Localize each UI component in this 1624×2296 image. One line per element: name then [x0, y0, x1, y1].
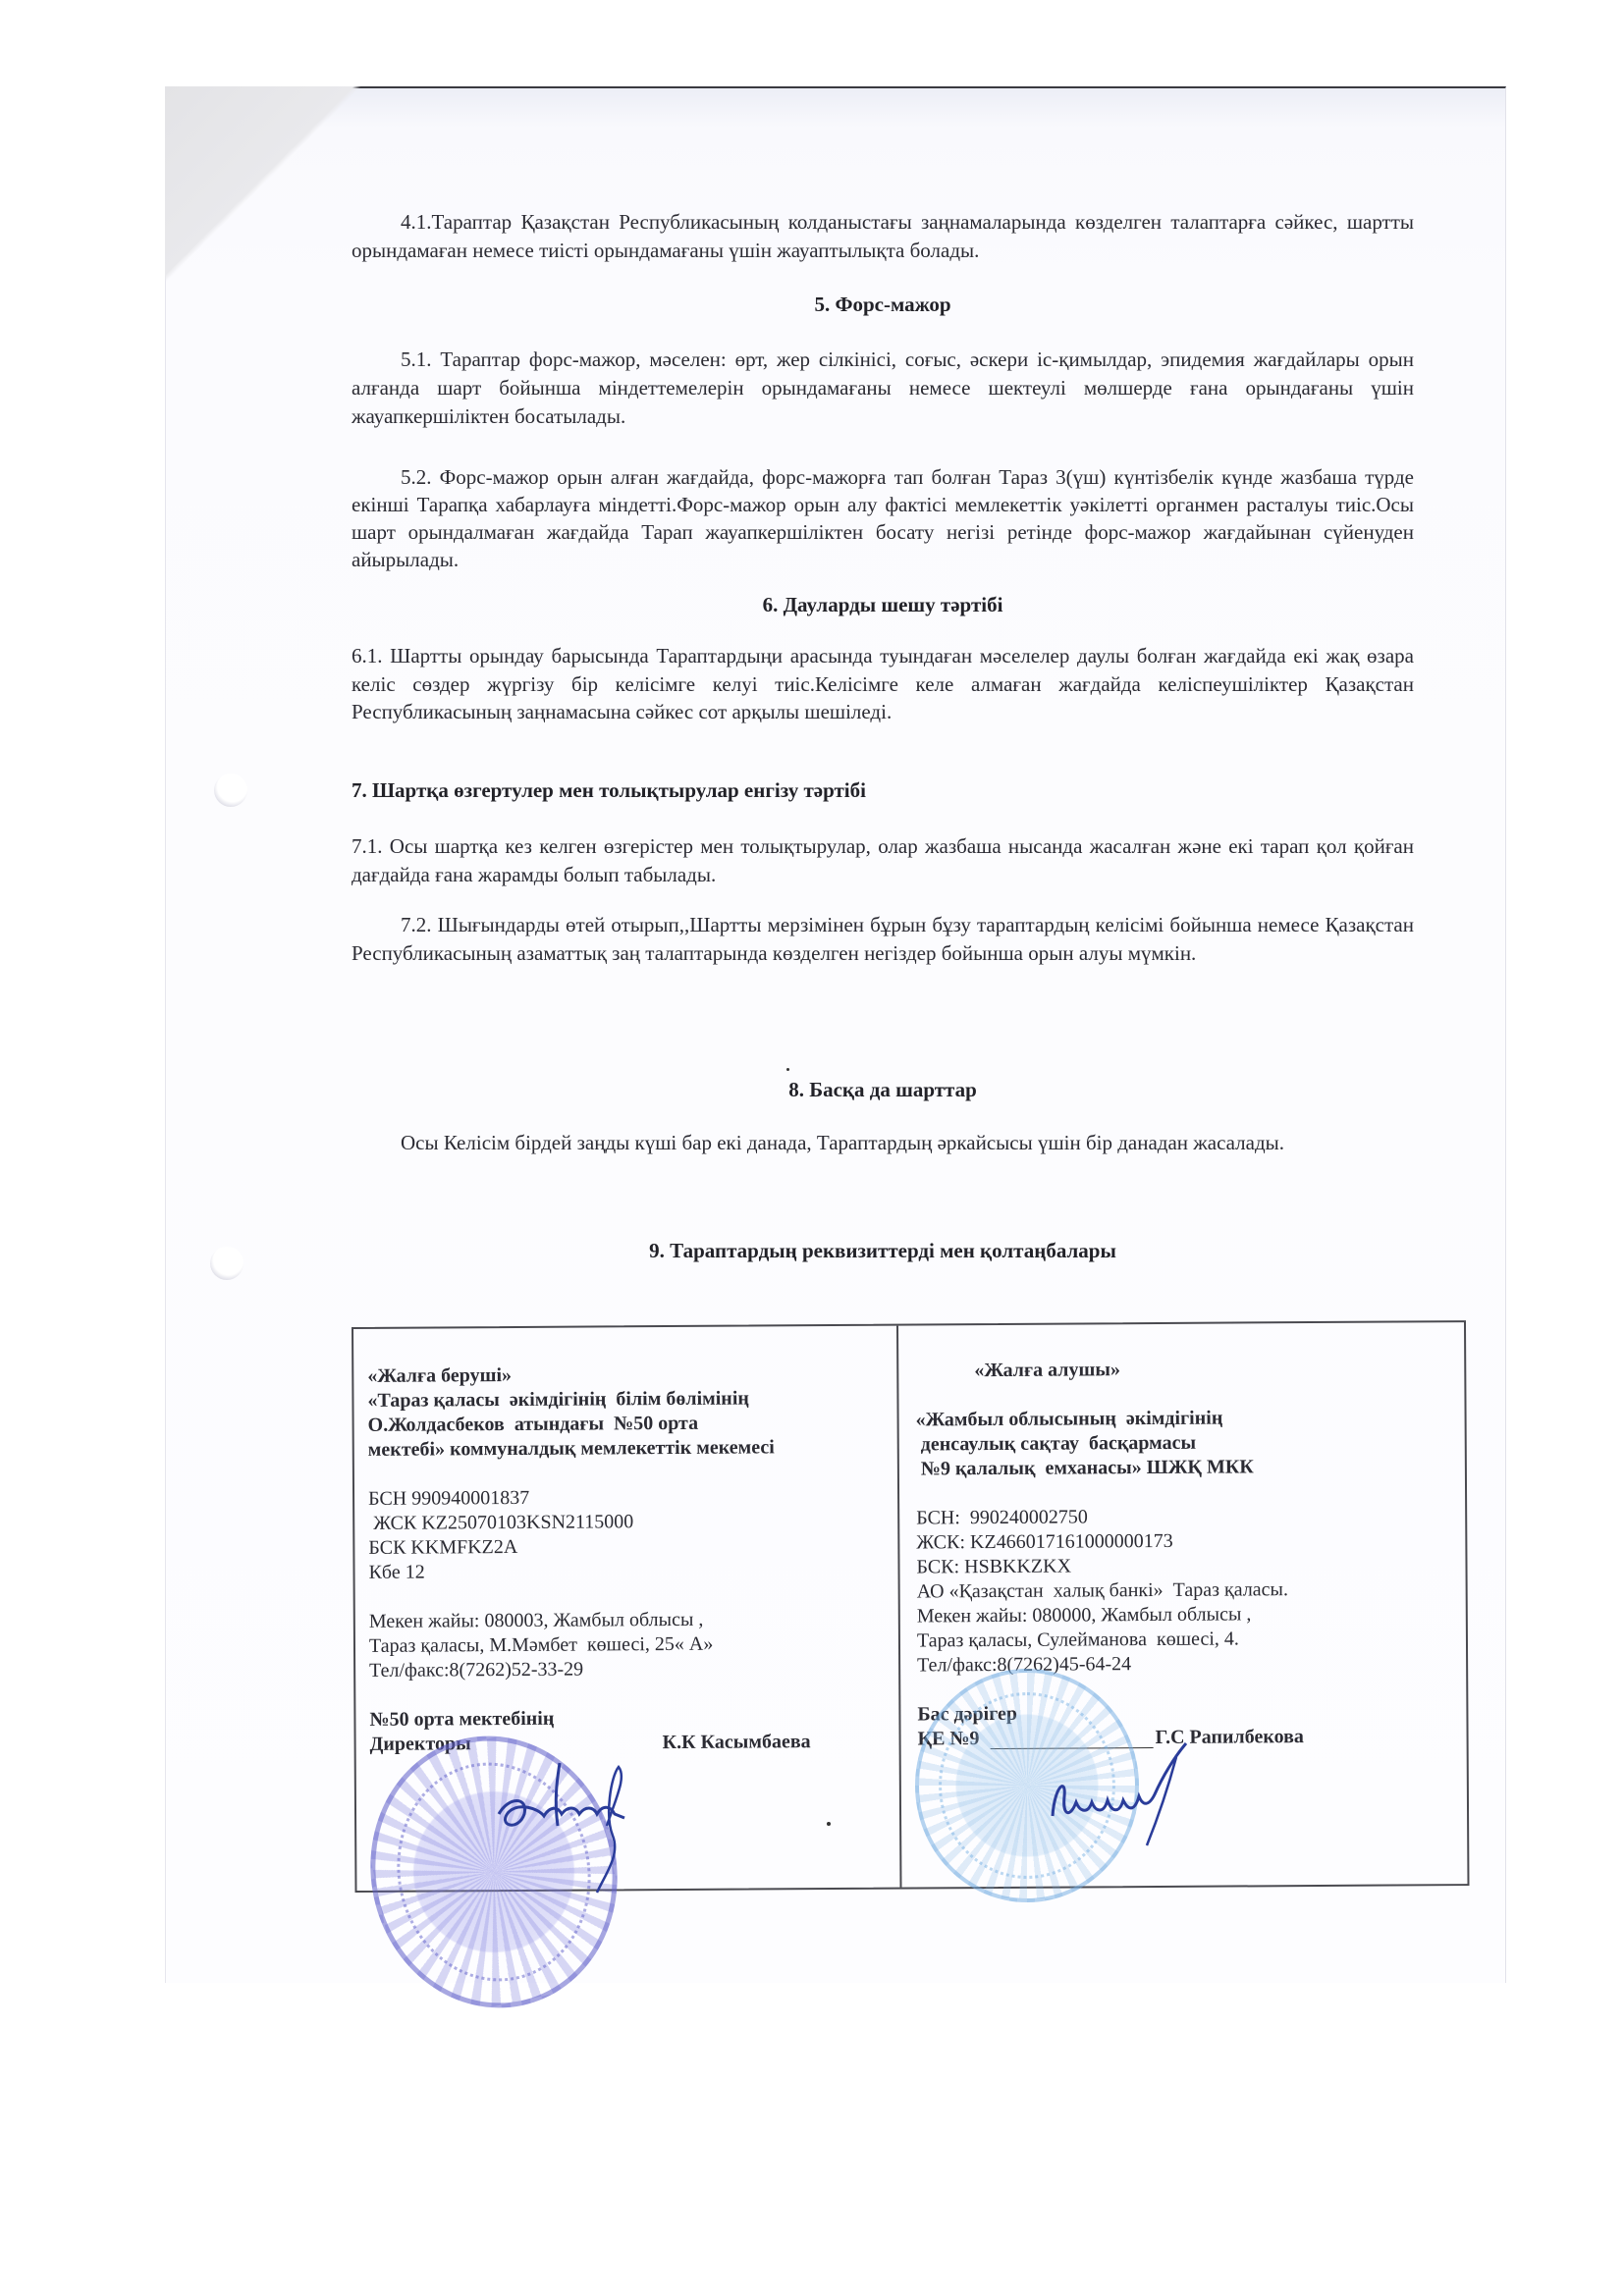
lessor-bsk: БСК KKMFKZ2A	[368, 1533, 889, 1561]
lessor-role: «Жалға беруші»	[367, 1362, 888, 1389]
clause-7-1: 7.1. Осы шартқа кез келген өзгерістер ме…	[352, 832, 1414, 889]
hole-punch-top	[214, 774, 247, 807]
stray-mark	[827, 1822, 831, 1826]
lessor-signatory-title: Директоры	[370, 1730, 891, 1757]
lessee-bank: АО «Қазақстан халық банкі» Тараз қаласы.	[917, 1576, 1457, 1604]
section-8-title: 8. Басқа да шарттар	[352, 1078, 1414, 1102]
section-5-title: 5. Форс-мажор	[352, 293, 1414, 317]
lessor-name-line: мектебі» коммуналдық мемлекеттік мекемес…	[368, 1435, 889, 1463]
clause-7-2: 7.2. Шығындарды өтей отырып,,Шартты мерз…	[352, 911, 1414, 968]
lessee-role: «Жалға алушы»	[915, 1356, 1455, 1383]
hole-punch-bottom	[210, 1247, 244, 1280]
lessor-bsn: БСН 990940001837	[368, 1484, 889, 1512]
table-column-divider	[896, 1326, 901, 1888]
lessor-signatory-name: К.К Касымбаева	[663, 1730, 811, 1755]
lessee-address-line: Тараз қаласы, Сулейманова көшесі, 4.	[917, 1626, 1457, 1653]
section-9-title: 9. Тараптардың реквизиттерді мен қолтаңб…	[352, 1239, 1414, 1263]
lessor-address-line: Мекен жайы: 080003, Жамбыл облысы ,	[369, 1607, 890, 1634]
lessee-jsk: ЖСК: KZ466017161000000173	[916, 1527, 1456, 1555]
lessor-phone: Тел/факс:8(7262)52-33-29	[369, 1656, 890, 1683]
section-8-clause: Осы Келісім бірдей заңды күші бар екі да…	[352, 1129, 1414, 1157]
folded-corner	[165, 86, 361, 283]
lessor-jsk: ЖСК KZ25070103KSN2115000	[368, 1509, 889, 1536]
lessee-cell: «Жалға алушы» «Жамбыл облысының әкімдігі…	[915, 1322, 1458, 1887]
lessor-signatory-title: №50 орта мектебінің	[369, 1705, 890, 1733]
lessee-bsk: БСК: HSBKKZKX	[916, 1552, 1456, 1579]
clause-5-2: 5.2. Форс-мажор орын алған жағдайда, фор…	[352, 463, 1414, 573]
lessor-kbe: Кбе 12	[368, 1558, 889, 1585]
lessee-name-line: денсаулық сақтау басқармасы	[916, 1429, 1456, 1457]
clause-4-1: 4.1.Тараптар Қазақстан Республикасының к…	[352, 208, 1414, 265]
section-6-title: 6. Дауларды шешу тәртібі	[352, 593, 1414, 617]
lessor-address-line: Тараз қаласы, М.Мәмбет көшесі, 25« А»	[369, 1631, 890, 1659]
lessee-name-line: «Жамбыл облысының әкімдігінің	[916, 1405, 1456, 1432]
clause-5-1: 5.1. Тараптар форс-мажор, мәселен: өрт, …	[352, 346, 1414, 431]
lessor-name-line: О.Жолдасбеков атындағы №50 орта	[368, 1411, 889, 1438]
lessee-signatory-title: Бас дәрігер	[917, 1699, 1457, 1727]
lessor-name-line: «Тараз қаласы әкімдігінің білім бөліміні…	[367, 1386, 888, 1414]
lessee-phone: Тел/факс:8(7262)45-64-24	[917, 1650, 1457, 1678]
lessee-name-line: №9 қалалық емханасы» ШЖҚ МКК	[916, 1454, 1456, 1481]
section-7-title: 7. Шартқа өзгертулер мен толықтырулар ен…	[352, 778, 866, 803]
lessee-address-line: Мекен жайы: 080000, Жамбыл облысы ,	[917, 1601, 1457, 1629]
lessor-cell: «Жалға беруші» «Тараз қаласы әкімдігінің…	[367, 1326, 891, 1891]
requisites-table: «Жалға беруші» «Тараз қаласы әкімдігінің…	[352, 1320, 1469, 1893]
stray-mark	[786, 1068, 789, 1071]
lessee-bsn: БСН: 990240002750	[916, 1503, 1456, 1530]
clause-6-1: 6.1. Шартты орындау барысында Тараптарды…	[352, 642, 1414, 726]
lessee-signatory-name: Г.С Рапилбекова	[1155, 1725, 1303, 1750]
